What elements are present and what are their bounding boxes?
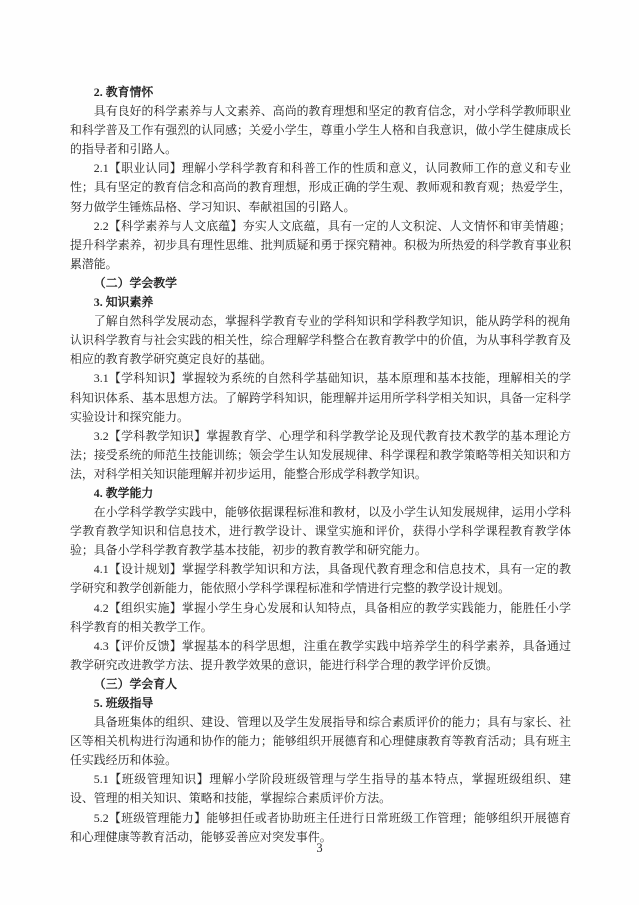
heading-class-guidance: 5. 班级指导 — [70, 694, 571, 713]
subheading-learn-to-educate: （三）学会育人 — [70, 675, 571, 694]
para-2-2-science-literacy: 2.2【科学素养与人文底蕴】夯实人文底蕴，具有一定的人文积淀、人文情怀和审美情趣… — [70, 217, 571, 274]
document-page: 2. 教育情怀 具有良好的科学素养与人文素养、高尚的教育理想和坚定的教育信念，对… — [0, 0, 639, 905]
para-2-1-professional-identity: 2.1【职业认同】理解小学科学教育和科普工作的性质和意义，认同教师工作的意义和专… — [70, 159, 571, 216]
para-knowledge-literacy-intro: 了解自然科学发展动态，掌握科学教育专业的学科知识和学科教学知识，能从跨学科的视角… — [70, 312, 571, 369]
para-4-2-organize-implement: 4.2【组织实施】掌握小学生身心发展和认知特点，具备相应的教学实践能力，能胜任小… — [70, 599, 571, 637]
para-3-1-subject-knowledge: 3.1【学科知识】掌握较为系统的自然科学基础知识，基本原理和基本技能，理解相关的… — [70, 369, 571, 426]
para-5-1-class-management-knowledge: 5.1【班级管理知识】理解小学阶段班级管理与学生指导的基本特点，掌握班级组织、建… — [70, 770, 571, 808]
page-number: 3 — [0, 841, 639, 856]
heading-knowledge-literacy: 3. 知识素养 — [70, 293, 571, 312]
para-class-guidance-intro: 具备班集体的组织、建设、管理以及学生发展指导和综合素质评价的能力；具有与家长、社… — [70, 713, 571, 770]
para-education-sentiment-intro: 具有良好的科学素养与人文素养、高尚的教育理想和坚定的教育信念，对小学科学教师职业… — [70, 102, 571, 159]
heading-education-sentiment: 2. 教育情怀 — [70, 83, 571, 102]
heading-teaching-ability: 4. 教学能力 — [70, 484, 571, 503]
para-4-3-evaluation-feedback: 4.3【评价反馈】掌握基本的科学思想，注重在教学实践中培养学生的科学素养，具备通… — [70, 637, 571, 675]
document-body: 2. 教育情怀 具有良好的科学素养与人文素养、高尚的教育理想和坚定的教育信念，对… — [70, 83, 571, 847]
para-4-1-design-planning: 4.1【设计规划】掌握学科教学知识和方法，具备现代教育理念和信息技术，具有一定的… — [70, 560, 571, 598]
subheading-learn-to-teach: （二）学会教学 — [70, 274, 571, 293]
para-3-2-pedagogical-knowledge: 3.2【学科教学知识】掌握教育学、心理学和科学教学论及现代教育技术教学的基本理论… — [70, 427, 571, 484]
para-teaching-ability-intro: 在小学科学教学实践中，能够依据课程标准和教材，以及小学生认知发展规律，运用小学科… — [70, 503, 571, 560]
